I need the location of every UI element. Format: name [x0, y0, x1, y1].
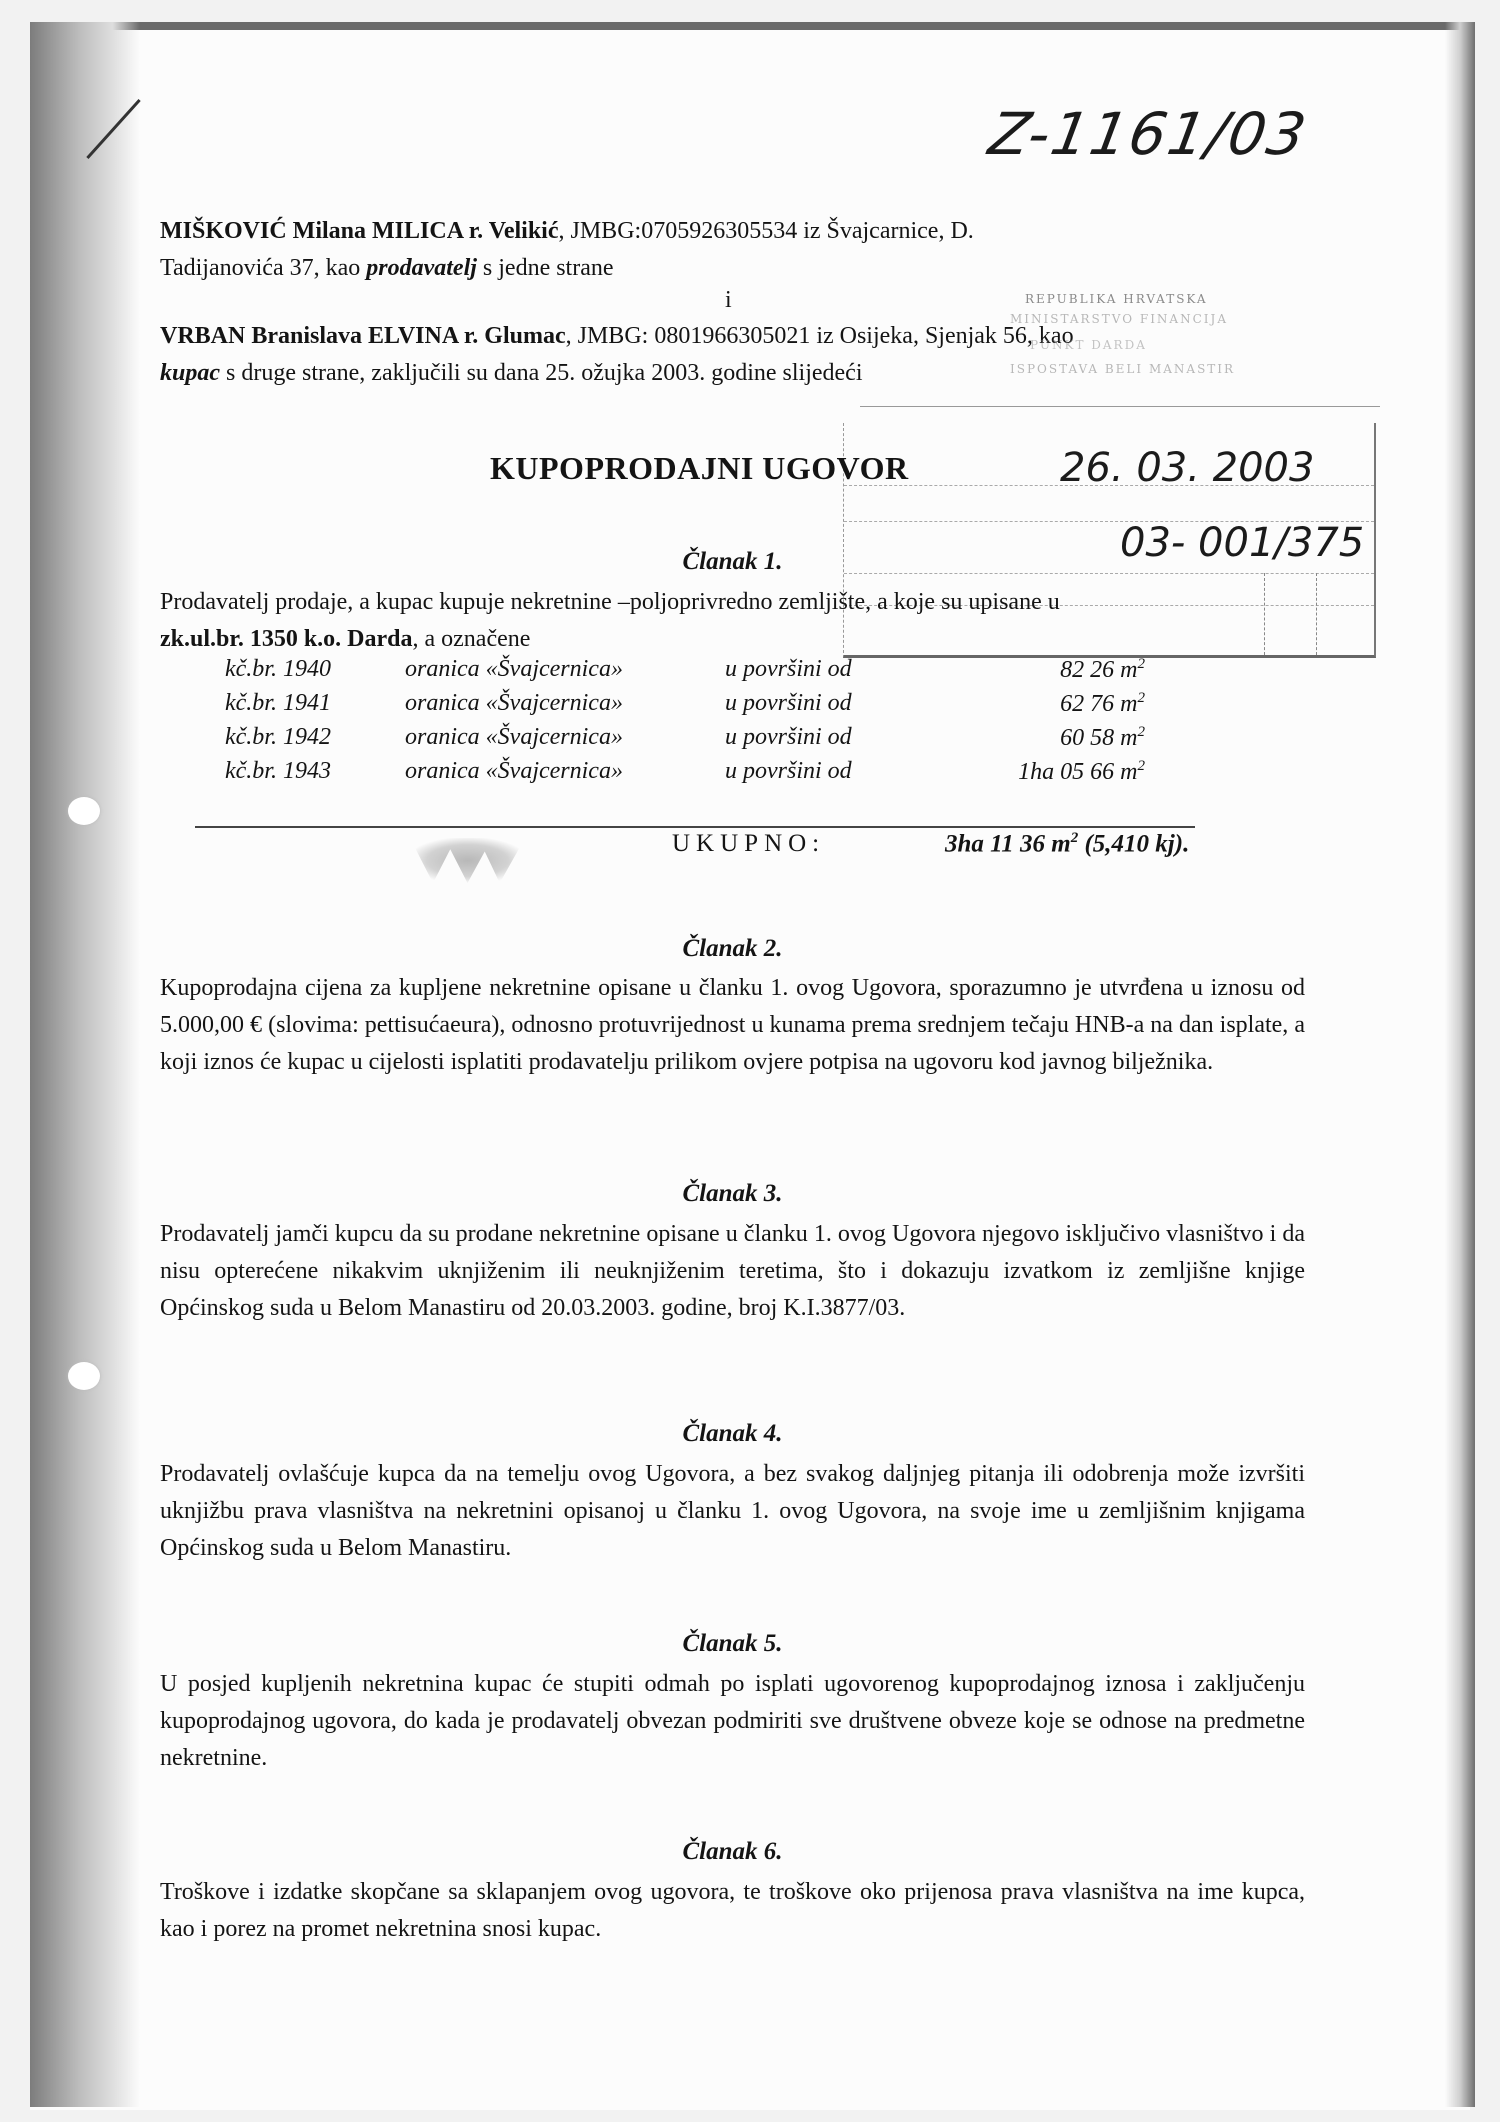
- total-label: UKUPNO:: [672, 830, 825, 858]
- article-5-heading: Članak 5.: [160, 1630, 1305, 1658]
- stamp-line: MINISTARSTVO FINANCIJA: [1010, 312, 1228, 326]
- binding-shadow-left: [30, 22, 140, 2107]
- conjunction: i: [725, 282, 732, 319]
- stamp-line: PUNKT DARDA: [1030, 338, 1147, 352]
- buyer-clause: VRBAN Branislava ELVINA r. Glumac, JMBG:…: [160, 318, 1305, 392]
- total-divider: [195, 826, 1195, 828]
- article-5-text: U posjed kupljenih nekretnina kupac će s…: [160, 1666, 1305, 1777]
- buyer-role: kupac: [160, 360, 220, 386]
- seller-name: MIŠKOVIĆ Milana MILICA r. Velikić: [160, 218, 559, 244]
- article-1-heading: Članak 1.: [160, 548, 1305, 576]
- buyer-name: VRBAN Branislava ELVINA r. Glumac: [160, 323, 566, 349]
- handwritten-receipt-date: 26. 03. 2003: [1060, 445, 1314, 491]
- page-edge-right: [1445, 22, 1475, 2107]
- article-3-heading: Članak 3.: [160, 1180, 1305, 1208]
- document-title: KUPOPRODAJNI UGOVOR: [490, 450, 909, 487]
- total-value: 3ha 11 36 m2 (5,410 kj).: [945, 830, 1189, 858]
- article-1-text: Prodavatelj prodaje, a kupac kupuje nekr…: [160, 584, 1305, 658]
- article-3-text: Prodavatelj jamči kupcu da su prodane ne…: [160, 1216, 1305, 1327]
- stamp-rule: [860, 406, 1380, 407]
- seller-role: prodavatelj: [366, 255, 477, 281]
- article-2-heading: Članak 2.: [160, 935, 1305, 963]
- handwritten-case-number: Z-1161/03: [984, 100, 1313, 168]
- article-4-heading: Članak 4.: [160, 1420, 1305, 1448]
- article-6-heading: Članak 6.: [160, 1838, 1305, 1866]
- article-2-text: Kupoprodajna cijena za kupljene nekretni…: [160, 970, 1305, 1081]
- stamp-header: REPUBLIKA HRVATSKA: [1025, 292, 1208, 306]
- punch-hole: [68, 1362, 100, 1390]
- seller-clause: MIŠKOVIĆ Milana MILICA r. Velikić, JMBG:…: [160, 213, 1305, 287]
- article-4-text: Prodavatelj ovlašćuje kupca da na temelj…: [160, 1456, 1305, 1567]
- article-6-text: Troškove i izdatke skopčane sa sklapanje…: [160, 1874, 1305, 1948]
- punch-hole: [68, 797, 100, 825]
- stamp-line: ISPOSTAVA BELI MANASTIR: [1010, 362, 1235, 376]
